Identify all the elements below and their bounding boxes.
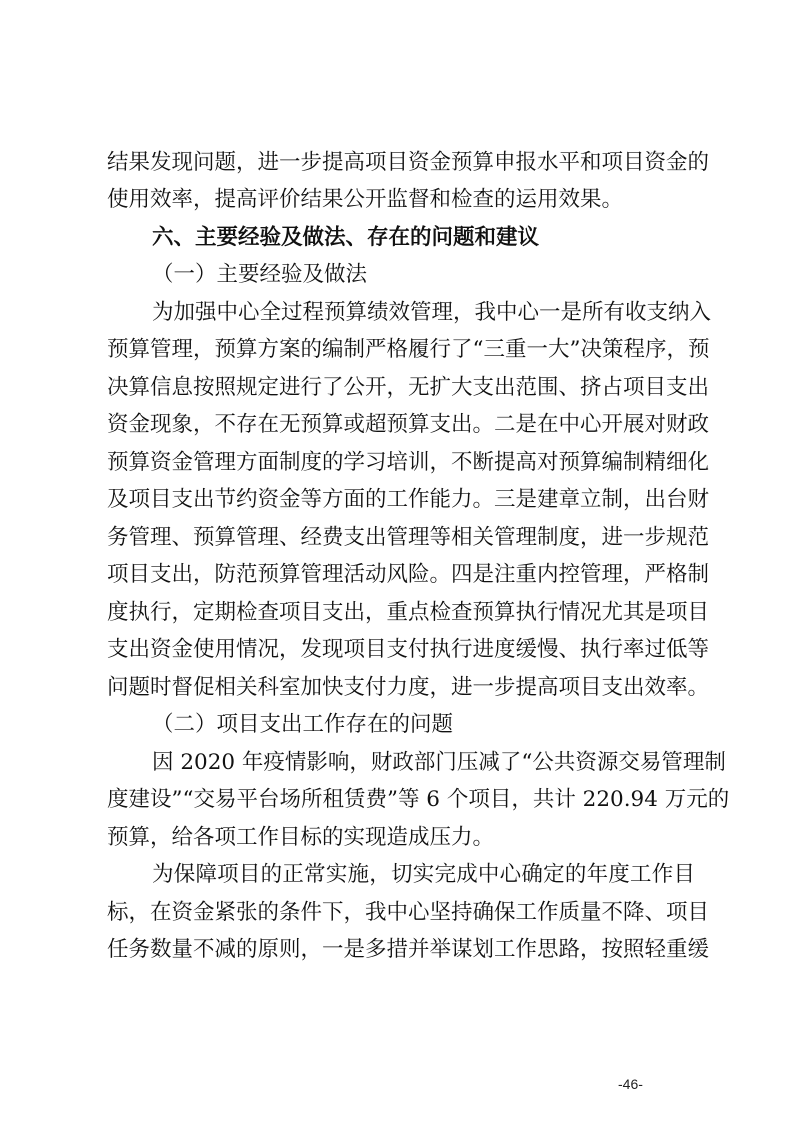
body-text-line: 务管理、预算管理、经费支出管理等相关管理制度，进一步规范 [107,523,695,553]
body-text-line: 问题时督促相关科室加快支付力度，进一步提高项目支出效率。 [107,673,695,703]
body-text-line: 度执行，定期检查项目支出，重点检查预算执行情况尤其是项目 [107,598,695,628]
body-text-line: 预算管理，预算方案的编制严格履行了“三重一大”决策程序，预 [107,335,695,365]
document-page: 结果发现问题，进一步提高项目资金预算申报水平和项目资金的 使用效率，提高评价结果… [0,0,793,1122]
body-text-line: 项目支出，防范预算管理活动风险。四是注重内控管理，严格制 [107,560,695,590]
body-text-line: 决算信息按照规定进行了公开，无扩大支出范围、挤占项目支出 [107,373,695,403]
body-text-line: 支出资金使用情况，发现项目支付执行进度缓慢、执行率过低等 [107,635,695,665]
body-text-line: 结果发现问题，进一步提高项目资金预算申报水平和项目资金的 [107,148,695,178]
page-number: -46- [618,1076,643,1092]
body-text-line: 为保障项目的正常实施，切实完成中心确定的年度工作目 [152,860,695,890]
body-text-line: 为加强中心全过程预算绩效管理，我中心一是所有收支纳入 [152,298,695,328]
body-text-line: 使用效率，提高评价结果公开监督和检查的运用效果。 [107,185,695,215]
body-text-line: 资金现象，不存在无预算或超预算支出。二是在中心开展对财政 [107,410,695,440]
body-text-line: 任务数量不减的原则，一是多措并举谋划工作思路，按照轻重缓 [107,935,695,965]
body-text-line: 标，在资金紧张的条件下，我中心坚持确保工作质量不降、项目 [107,898,695,928]
subsection-heading: （二）项目支出工作存在的问题 [152,710,695,740]
body-text-line: 预算资金管理方面制度的学习培训，不断提高对预算编制精细化 [107,448,695,478]
body-text-line: 因 2020 年疫情影响，财政部门压减了“公共资源交易管理制 [152,748,695,778]
body-text-line: 预算，给各项工作目标的实现造成压力。 [107,823,695,853]
section-heading: 六、主要经验及做法、存在的问题和建议 [152,223,695,253]
body-text-line: 及项目支出节约资金等方面的工作能力。三是建章立制，出台财 [107,485,695,515]
subsection-heading: （一）主要经验及做法 [152,260,695,290]
body-text-line: 度建设”“交易平台场所租赁费”等 6 个项目，共计 220.94 万元的 [107,785,695,815]
